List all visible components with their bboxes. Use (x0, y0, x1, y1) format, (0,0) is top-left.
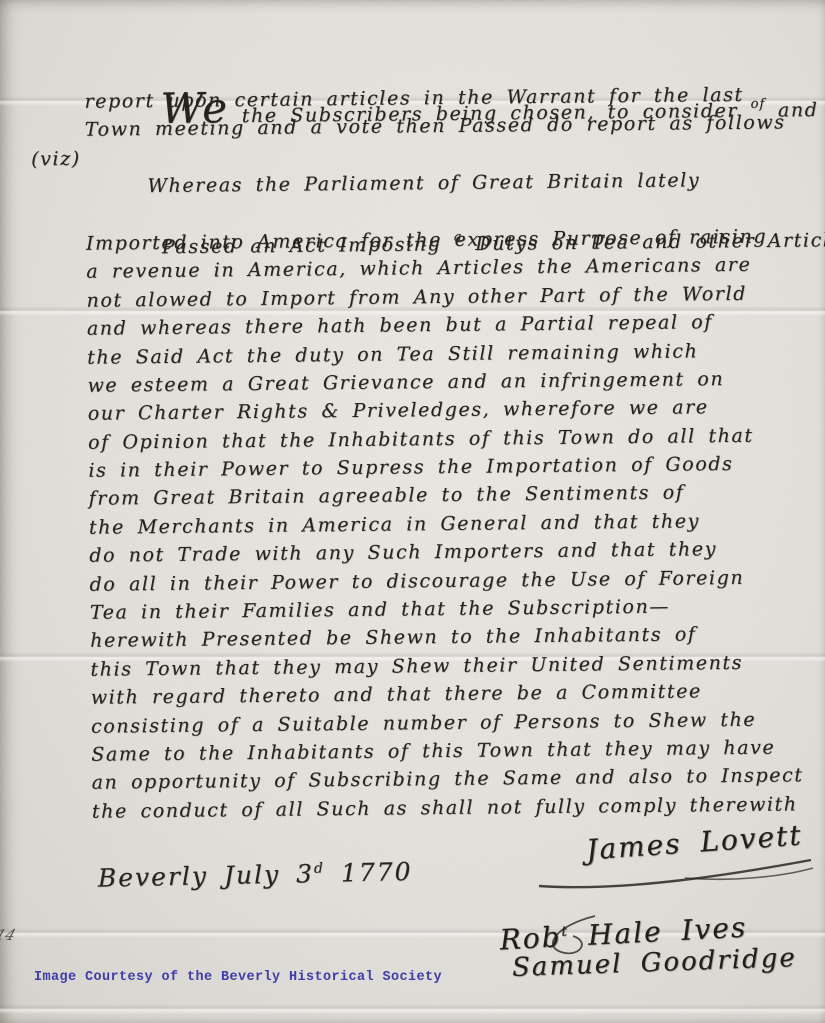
opening-line: We the Subscribers being chosen, to cons… (84, 36, 799, 87)
manuscript-body: We the Subscribers being chosen, to cons… (84, 36, 807, 826)
margin-page-number: 14 (0, 926, 18, 944)
dateline-text: Beverly July 3 (98, 859, 315, 893)
dateline-year: 1770 (325, 857, 413, 888)
fold-crease (0, 1004, 825, 1014)
manuscript-page: We the Subscribers being chosen, to cons… (0, 0, 825, 1023)
inserted-word: a (454, 230, 463, 245)
archive-caption: Image Courtesy of the Beverly Historical… (34, 970, 442, 985)
dateline: Beverly July 3d 1770 (33, 828, 413, 923)
dateline-superscript: d (314, 861, 325, 877)
signature-james-lovett: James Lovett (585, 818, 803, 866)
inserted-word: of (751, 96, 766, 111)
